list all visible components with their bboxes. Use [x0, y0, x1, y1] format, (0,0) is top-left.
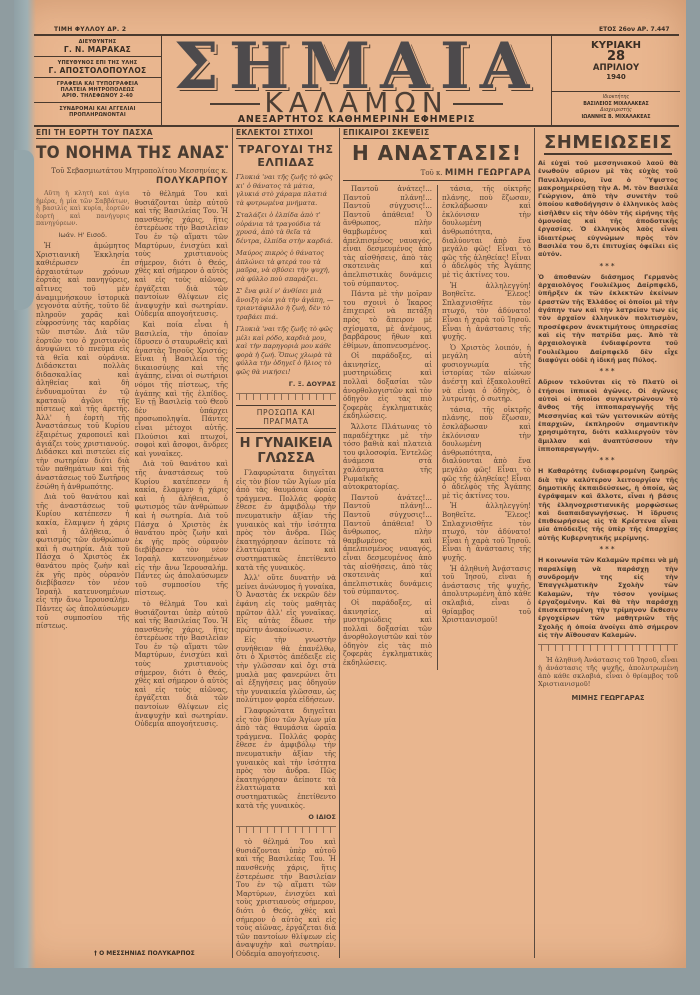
masthead-credits-box: ΔΙΕΥΘΥΝΤΗΣ Γ. Ν. ΜΑΡΑΚΑΣ ΥΠΕΥΘΥΝΟΣ ΕΠΙ Τ…	[34, 36, 162, 125]
article-resurrection: ΕΠΙΚΑΙΡΟΙ ΣΚΕΨΕΙΣ Η ΑΝΑΣΤΑΣΙΣ! Τοῦ κ. ΜΙ…	[343, 128, 531, 963]
newspaper-tagline: ΑΝΕΞΑΡΤΗΤΟΣ ΚΑΘΗΜΕΡΙΝΗ ΕΦΗΜΕΡΙΣ	[164, 114, 549, 125]
epigraph: Αὕτη ἡ κλητὴ καὶ ἁγία ἡμέρα, ἡ μία τῶν Σ…	[36, 190, 130, 228]
poem-title: ΤΡΑΓΟΥΔΙ ΤΗΣ ΕΛΠΙΔΑΣ	[236, 143, 336, 169]
newspaper-subtitle: ΚΑΛΑΜΩΝ	[164, 92, 549, 114]
article-headline: Η ΑΝΑΣΤΑΣΙΣ!	[343, 141, 531, 165]
torn-edge	[14, 0, 36, 968]
masthead-date-box: ΚΥΡΙΑΚΗ 28 ΑΠΡΙΛΙΟΥ 1940 Ιδιοκτήτης ΒΑΣΙ…	[551, 36, 680, 125]
note-item: Αὔριον τελοῦνται εἰς τὸ Πλατὺ οἱ ἐτήσιοι…	[538, 378, 678, 453]
separator: ***	[538, 367, 678, 375]
article-body: Γλαφυρώτατα διηγεῖται εἰς τὸν βίον τῶν Ἁ…	[236, 469, 336, 810]
subtitle-dash-left	[210, 103, 260, 105]
note-item: Ὁ ἀποθανὼν διάσημος Γερμανὸς ἀρχαιολόγος…	[538, 273, 678, 364]
article-kicker: ΕΠΙ ΤΗ ΕΟΡΤΗ ΤΟΥ ΠΑΣΧΑ	[36, 128, 153, 139]
article-byline: Τοῦ Σεβασμιωτάτου Μητροπολίτου Μεσσηνίας…	[36, 166, 228, 186]
wavy-divider	[538, 644, 678, 651]
wavy-divider	[236, 393, 336, 400]
article-poem: ΕΚΛΕΚΤΟΙ ΣΤΙΧΟΙ ΤΡΑΓΟΥΔΙ ΤΗΣ ΕΛΠΙΔΑΣ Γλυ…	[236, 128, 336, 963]
article-signature: ΜΙΜΗΣ ΓΕΩΡΓΑΡΑΣ	[538, 694, 678, 702]
article-signature: Ο ΙΔΙΟΣ	[236, 813, 336, 821]
article-headline: Η ΓΥΝΑΙΚΕΙΑ ΓΛΩΣΣΑ	[236, 432, 336, 466]
issue-date: ΚΥΡΙΑΚΗ 28 ΑΠΡΙΛΙΟΥ 1940	[552, 36, 680, 92]
torn-edge-hole	[14, 150, 34, 310]
notes-body: Αἱ εὐχαὶ τοῦ μεσσηνιακοῦ λαοῦ θὰ ἐνωθοῦν…	[538, 159, 678, 639]
editor-credit: ΥΠΕΥΘΥΝΟΣ ΕΠΙ ΤΗΣ ΥΛΗΣ Γ. ΑΠΟΣΤΟΛΟΠΟΥΛΟΣ	[34, 57, 161, 78]
note-item: Η κοινωνία τῶν Καλαμῶν πρέπει νὰ μὴ παρα…	[538, 556, 678, 639]
subscription-note: ΣΥΝΔΡΟΜΑΙ ΚΑΙ ΑΓΓΕΛΙΑΙ ΠΡΟΠΛΗΡΩΝΟΝΤΑΙ	[34, 103, 161, 123]
poem-text: Γλυκιά 'ναι τῆς ζωῆς τὸ φῶς κι' ὁ θάνατο…	[236, 173, 336, 376]
article-easter: ΕΠΙ ΤΗ ΕΟΡΤΗ ΤΟΥ ΠΑΣΧΑ ΤΟ ΝΟΗΜΑ ΤΗΣ ΑΝΑΣ…	[36, 128, 228, 963]
separator: ***	[538, 456, 678, 464]
article-kicker: ΕΠΙΚΑΙΡΟΙ ΣΚΕΨΕΙΣ	[343, 128, 429, 139]
article-headline: ΤΟ ΝΟΗΜΑ ΤΗΣ ΑΝΑΣΤΑΣΕΩΣ	[36, 143, 228, 163]
article-column-1: Παντοῦ ἀνάτες!... Παντοῦ πλάνη!... Παντο…	[343, 185, 432, 670]
column-rule	[339, 128, 340, 958]
notes-headline: ΣΗΜΕΙΩΣΕΙΣ	[544, 132, 672, 155]
wavy-divider	[236, 826, 336, 833]
issue-price: ΤΙΜΗ ΦΥΛΛΟΥ ΔΡ. 2	[54, 26, 126, 33]
director-credit: ΔΙΕΥΘΥΝΤΗΣ Γ. Ν. ΜΑΡΑΚΑΣ	[34, 36, 161, 57]
section-label: ΠΡΟΣΩΠΑ ΚΑΙ ΠΡΑΓΜΑΤΑ	[236, 405, 336, 429]
note-item: Αἱ εὐχαὶ τοῦ μεσσηνιακοῦ λαοῦ θὰ ἐνωθοῦν…	[538, 159, 678, 259]
separator: ***	[538, 545, 678, 553]
notes-column: ΣΗΜΕΙΩΣΕΙΣ Αἱ εὐχαὶ τοῦ μεσσηνιακοῦ λαοῦ…	[538, 128, 678, 968]
column-rule	[232, 128, 233, 958]
office-address: ΓΡΑΦΕΙΑ ΚΑΙ ΤΥΠΟΓΡΑΦΕΙΑ ΠΛΑΤΕΙΑ ΜΗΤΡΟΠΟΛ…	[34, 78, 161, 103]
epigraph-source: Ιωάν. Η' Εισοδ.	[36, 231, 130, 239]
article-kicker: ΕΚΛΕΚΤΟΙ ΣΤΙΧΟΙ	[236, 128, 313, 139]
article-signature: † Ο ΜΕΣΣΗΝΙΑΣ ΠΟΛΥΚΑΡΠΟΣ	[94, 950, 195, 957]
article-column-2: τὸ θέλημά Του καὶ θυσιάζονται ὑπὲρ αὐτοῦ…	[135, 190, 229, 731]
note-item: Η Καθαρότης ἐνδιαφερομένη ζωηρῶς διὰ τὴν…	[538, 467, 678, 542]
subtitle-dash-right	[453, 103, 503, 105]
column-rule	[534, 128, 535, 958]
poem-signature: Γ. Ξ. ΔΟΥΡΑΣ	[236, 380, 336, 388]
masthead-bottom-rule	[34, 125, 679, 127]
owners-credit: Ιδιοκτήτης ΒΑΣΙΛΕΙΟΣ ΜΙΧΑΛΑΚΕΑΣ Διαχειρι…	[552, 92, 680, 121]
issue-number: ΕΤΟΣ 26ον ΑΡ. 7.447	[599, 26, 670, 33]
article-byline: Τοῦ κ. ΜΙΜΗ ΓΕΩΡΓΑΡΑ	[343, 168, 531, 181]
article-column-2: τάσια, τῆς οἰκτρῆς πλάνης, ποὺ ἔζωσαν, ἐ…	[437, 185, 531, 670]
separator: ***	[538, 262, 678, 270]
article-column-1: Αὕτη ἡ κλητὴ καὶ ἁγία ἡμέρα, ἡ μία τῶν Σ…	[36, 190, 130, 731]
newspaper-page: ΤΙΜΗ ΦΥΛΛΟΥ ΔΡ. 2 ΕΤΟΣ 26ον ΑΡ. 7.447 ΔΙ…	[14, 0, 686, 968]
